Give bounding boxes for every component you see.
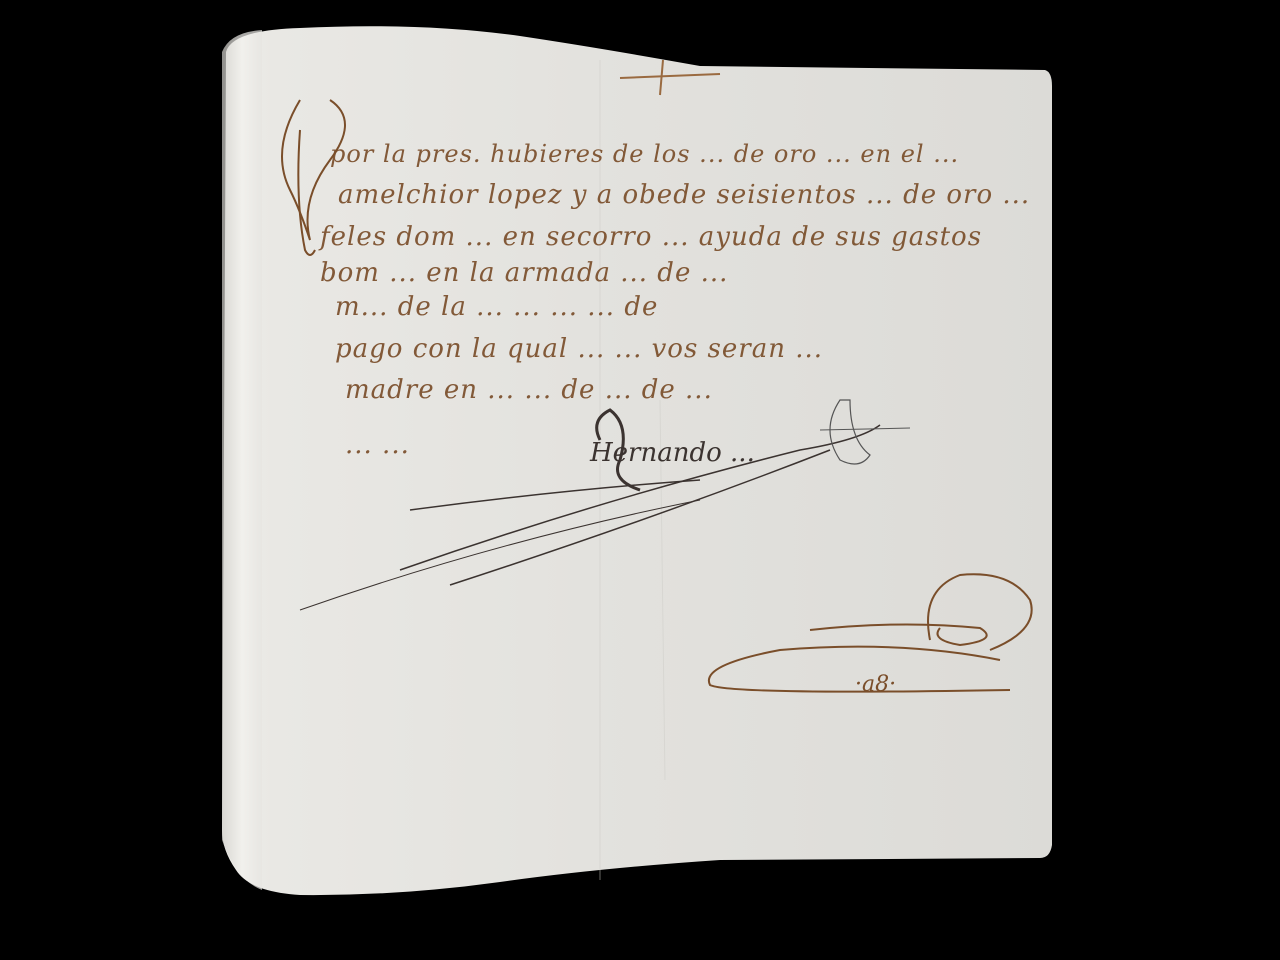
manuscript-line-3: feles dom ... en secorro ... ayuda de su… — [320, 222, 982, 252]
manuscript-line-5: m... de la ... ... ... ... de — [335, 292, 658, 322]
signature: Hernando ... — [590, 438, 755, 468]
rubric-note: ·a8· — [855, 672, 896, 697]
manuscript-line-1: por la pres. hubieres de los ... de oro … — [330, 140, 959, 168]
manuscript-line-2: amelchior lopez y a obede seisientos ...… — [338, 180, 1030, 210]
manuscript-page: por la pres. hubieres de los ... de oro … — [0, 0, 1280, 960]
manuscript-line-8: ... ... — [345, 430, 410, 460]
manuscript-line-4: bom ... en la armada ... de ... — [320, 258, 728, 288]
manuscript-line-6: pago con la qual ... ... vos seran ... — [335, 334, 823, 364]
manuscript-line-7: madre en ... ... de ... de ... — [345, 375, 713, 405]
